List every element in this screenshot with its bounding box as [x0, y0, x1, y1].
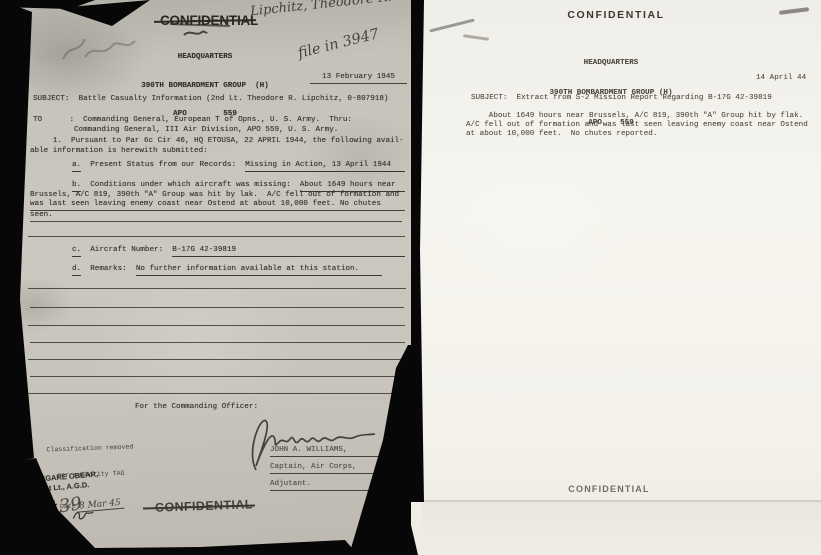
ruled-line [30, 342, 405, 343]
confidential-stamp-bottom: CONFIDENTIAL [411, 484, 807, 494]
confidential-stamp-top: CONFIDENTIAL [411, 9, 821, 21]
left-page-scan: CONFIDENTIAL Lipchitz, Theodore R. HEADQ… [0, 0, 411, 555]
ruled-line [28, 359, 405, 360]
item-b-row: b. Conditions under which aircraft was m… [30, 181, 405, 192]
item-a-label: Present Status from our Records: [81, 161, 245, 172]
paper-seam [421, 500, 821, 502]
item-b-value: About 1649 hours near [300, 181, 405, 192]
ruled-line [30, 376, 403, 377]
item-b-cont-3: seen. [30, 211, 53, 221]
letterhead-line: 390TH BOMBARDMENT GROUP (H) [95, 82, 315, 92]
ruled-line [28, 325, 405, 326]
item-c-marker: c. [72, 246, 81, 257]
to-line-1: TO : Commanding General, European T of O… [33, 116, 352, 126]
item-a-value: Missing in Action, 13 April 1944 [245, 161, 405, 172]
item-b-label: Conditions under which aircraft was miss… [81, 181, 300, 192]
document-date: 14 April 44 [756, 74, 806, 84]
ruled-line [30, 221, 402, 222]
ruled-line [28, 393, 405, 394]
item-a-row: a. Present Status from our Records: Miss… [30, 161, 405, 172]
ruled-line [28, 236, 405, 237]
declass-line-1: Classification removed [21, 443, 159, 456]
item-d-value: No further information available at this… [136, 265, 382, 276]
item-d-row: d. Remarks: No further information avail… [30, 265, 382, 276]
ruled-line [30, 307, 404, 308]
item-b-marker: b. [72, 181, 81, 192]
item-a-marker: a. [72, 161, 81, 172]
letterhead-line: HEADQUARTERS [95, 53, 315, 63]
letterhead-line: HEADQUARTERS [411, 58, 811, 68]
item-d-marker: d. [72, 265, 81, 276]
paragraph-1-line-2: able information is herewith submitted: [30, 147, 208, 157]
item-d-label: Remarks: [81, 265, 136, 276]
subject-line: SUBJECT: Extract from S-2 Mission Report… [471, 94, 772, 104]
item-c-value: B-17G 42-39819 [172, 246, 405, 257]
item-c-label: Aircraft Number: [81, 246, 172, 257]
scanned-document-spread: CONFIDENTIAL Lipchitz, Theodore R. HEADQ… [0, 0, 821, 555]
signature-handwritten [240, 408, 380, 474]
right-page-scan: CONFIDENTIAL HEADQUARTERS 390TH BOMBARDM… [411, 0, 821, 555]
ruled-line [28, 288, 406, 289]
paragraph-1-line-1: 1. Pursuant to Par 6c Cir 46, HQ ETOUSA,… [30, 137, 404, 147]
paper-below-seam [421, 502, 821, 555]
to-line-2: Commanding General, III Air Division, AP… [74, 126, 338, 136]
body-line-3: at about 10,000 feet. No chutes reported… [466, 130, 657, 140]
document-date: 13 February 1945 [310, 73, 407, 84]
item-b-cont-2: was last seen leaving enemy coast near O… [30, 200, 405, 211]
item-c-row: c. Aircraft Number: B-17G 42-39819 [30, 246, 405, 257]
subject-line: SUBJECT: Battle Casualty Information (2n… [33, 95, 388, 105]
